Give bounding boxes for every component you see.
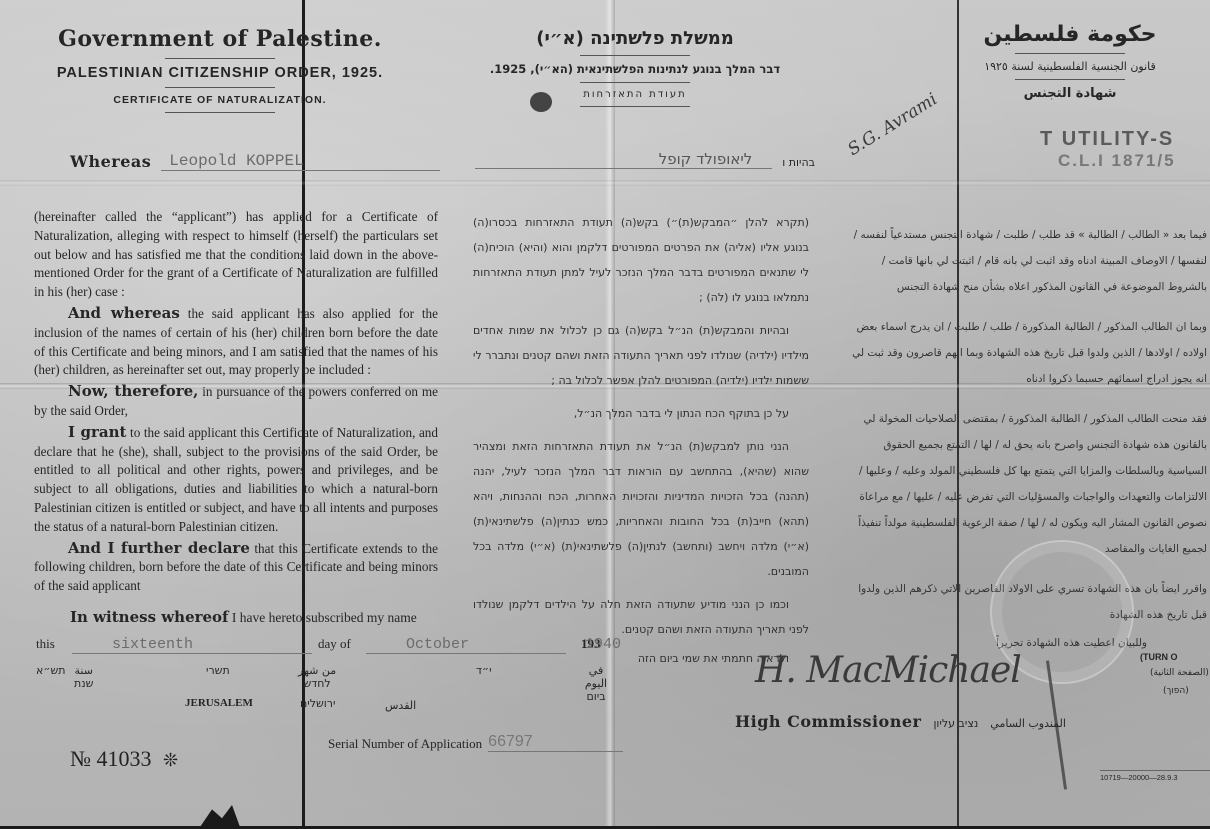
certificate-title-ar: شهادة التجنس: [930, 86, 1210, 101]
certificate-number: № 41033 ❊: [70, 746, 178, 772]
whereas-label: Whereas: [70, 152, 151, 171]
print-code: 10719—20000—28.9.3: [1100, 770, 1210, 782]
witness-line: In witness whereof I have hereto subscri…: [70, 608, 510, 626]
paragraph-applicant: (hereinafter called the “applicant”) has…: [34, 208, 438, 302]
year-value-he: תש״א: [36, 664, 65, 677]
arabic-header: حكومة فلسطين قانون الجنسية الفلسطينية لس…: [930, 22, 1210, 101]
order-title-en: PALESTINIAN CITIZENSHIP ORDER, 1925.: [20, 65, 420, 81]
applicant-name-he: ליאופולד קופל: [475, 150, 772, 169]
torn-edge: [200, 805, 240, 827]
high-commissioner-title: High Commissioner נציב עליון المندوب الس…: [735, 712, 1066, 731]
ornament-icon: ❊: [163, 750, 178, 770]
place-he: ירושלים: [300, 697, 335, 710]
ink-blot: [530, 92, 552, 112]
paragraph-and-whereas: And whereas the said applicant has also …: [34, 304, 438, 380]
government-title-he: ממשלת פלשתינה (א״י): [455, 28, 815, 49]
hebrew-body: (תקרא להלן ״המבקש(ת)״) בקש(ה) תעודת התאז…: [473, 210, 809, 671]
place-ar: القدس: [385, 699, 416, 712]
high-commissioner-signature: H. MacMichael: [755, 650, 1021, 691]
applicant-line-en: Whereas Leopold KOPPEL: [70, 152, 440, 171]
certificate-title-he: תעודת התאזרחות: [455, 89, 815, 100]
serial-number-line: Serial Number of Application 66797: [328, 733, 623, 752]
naturalization-certificate: Government of Palestine. PALESTINIAN CIT…: [0, 0, 1210, 826]
month-value-he: תשרי: [206, 664, 230, 677]
fold-line-horizontal-top: [0, 180, 1210, 186]
order-title-he: דבר המלך בנוגע לנתינות הפלשתינאית (הא״י)…: [455, 62, 815, 76]
turn-over-ar: (الصفحة الثانية): [1150, 668, 1209, 678]
utility-stamp: T UTILITY-S C.L.I 1871/5: [1040, 128, 1176, 171]
applicant-name-en: Leopold KOPPEL: [161, 152, 440, 171]
order-title-ar: قانون الجنسية الفلسطينية لسنة ١٩٢٥: [930, 60, 1210, 73]
paragraph-i-grant: I grant to the said applicant this Certi…: [34, 423, 438, 537]
day-value: sixteenth: [72, 636, 312, 654]
applicant-line-he: בהיות ו ליאופולד קופל: [475, 150, 815, 169]
certificate-title-en: CERTIFICATE OF NATURALIZATION.: [20, 94, 420, 106]
english-header: Government of Palestine. PALESTINIAN CIT…: [20, 26, 420, 119]
government-title-ar: حكومة فلسطين: [930, 22, 1210, 47]
hebrew-header: ממשלת פלשתינה (א״י) דבר המלך בנוגע לנתינ…: [455, 28, 815, 113]
turn-over-en: (TURN O: [1140, 652, 1178, 662]
serial-number-value: 66797: [488, 733, 623, 752]
english-body: (hereinafter called the “applicant”) has…: [34, 208, 438, 598]
place-en: JERUSALEM: [185, 697, 253, 709]
turn-over-he: (הפוך): [1163, 686, 1189, 696]
government-title-en: Government of Palestine.: [20, 26, 420, 52]
paragraph-now-therefore: Now, therefore, in pursuance of the powe…: [34, 382, 438, 421]
handwritten-annotation: S.G. Avrami: [844, 89, 940, 160]
paragraph-further-declare: And I further declare that this Certific…: [34, 539, 438, 596]
